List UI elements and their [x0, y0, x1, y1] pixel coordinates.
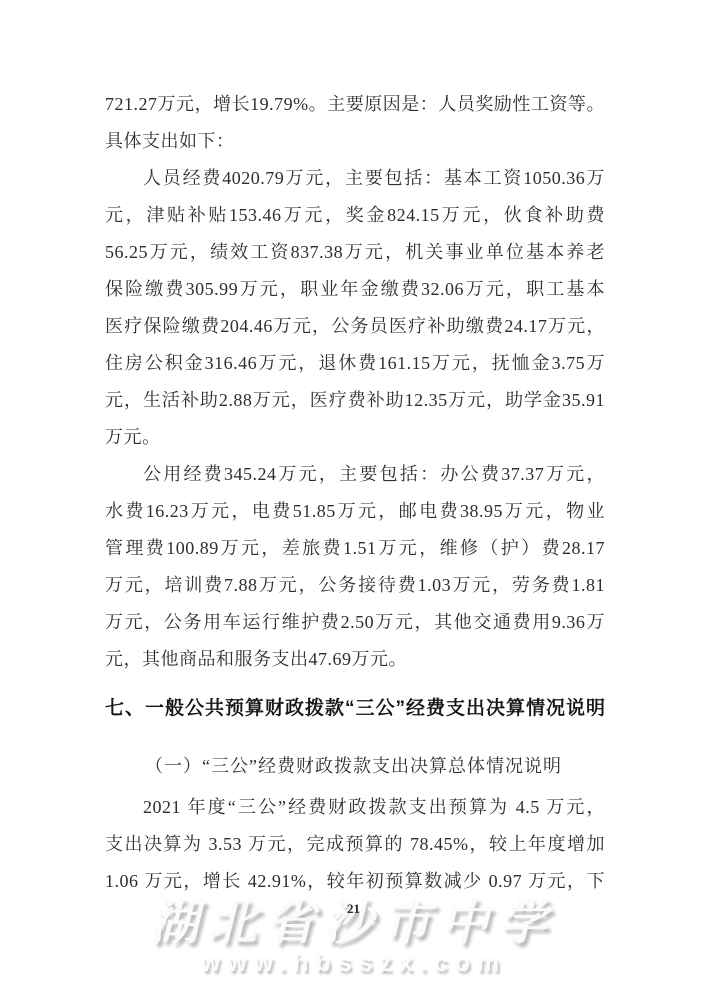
text-line: 公用经费345.24万元，主要包括：办公费37.37万元，: [105, 456, 605, 493]
text-line: 支出决算为 3.53 万元，完成预算的 78.45%，较上年度增加: [105, 826, 605, 863]
text-line: 1.06 万元，增长 42.91%，较年初预算数减少 0.97 万元，下: [105, 863, 605, 900]
text-line: 人员经费4020.79万元，主要包括：基本工资1050.36万: [105, 160, 605, 197]
watermark-url: www.hbsszx.com: [0, 949, 707, 978]
subsection-heading: （一）“三公”经费财政拨款支出决算总体情况说明: [105, 751, 605, 781]
page-number: 21: [0, 901, 707, 917]
text-line: 万元，培训费7.88万元，公务接待费1.03万元，劳务费1.81: [105, 567, 605, 604]
text-line: 元，其他商品和服务支出47.69万元。: [105, 641, 605, 678]
text-line: 元，津贴补贴153.46万元，奖金824.15万元，伙食补助费: [105, 197, 605, 234]
text-line: 医疗保险缴费204.46万元，公务员医疗补助缴费24.17万元，: [105, 308, 605, 345]
body-text-block: 721.27万元，增长19.79%。主要原因是：人员奖励性工资等。 具体支出如下…: [105, 86, 605, 678]
text-line: 万元。: [105, 419, 605, 456]
text-line: 元，生活补助2.88万元，医疗费补助12.35万元，助学金35.91: [105, 382, 605, 419]
text-line: 56.25万元，绩效工资837.38万元，机关事业单位基本养老: [105, 234, 605, 271]
text-line: 万元，公务用车运行维护费2.50万元，其他交通费用9.36万: [105, 604, 605, 641]
text-line: 具体支出如下：: [105, 123, 605, 160]
text-line: 水费16.23万元，电费51.85万元，邮电费38.95万元，物业: [105, 493, 605, 530]
final-paragraph-block: 2021 年度“三公”经费财政拨款支出预算为 4.5 万元， 支出决算为 3.5…: [105, 789, 605, 900]
text-line: 住房公积金316.46万元，退休费161.15万元，抚恤金3.75万: [105, 345, 605, 382]
text-line: 2021 年度“三公”经费财政拨款支出预算为 4.5 万元，: [105, 789, 605, 826]
text-line: 管理费100.89万元，差旅费1.51万元，维修（护）费28.17: [105, 530, 605, 567]
section-heading: 七、一般公共预算财政拨款“三公”经费支出决算情况说明: [105, 694, 605, 724]
text-line: 保险缴费305.99万元，职业年金缴费32.06万元，职工基本: [105, 271, 605, 308]
document-page: 721.27万元，增长19.79%。主要原因是：人员奖励性工资等。 具体支出如下…: [0, 0, 707, 1000]
text-line: 721.27万元，增长19.79%。主要原因是：人员奖励性工资等。: [105, 86, 605, 123]
